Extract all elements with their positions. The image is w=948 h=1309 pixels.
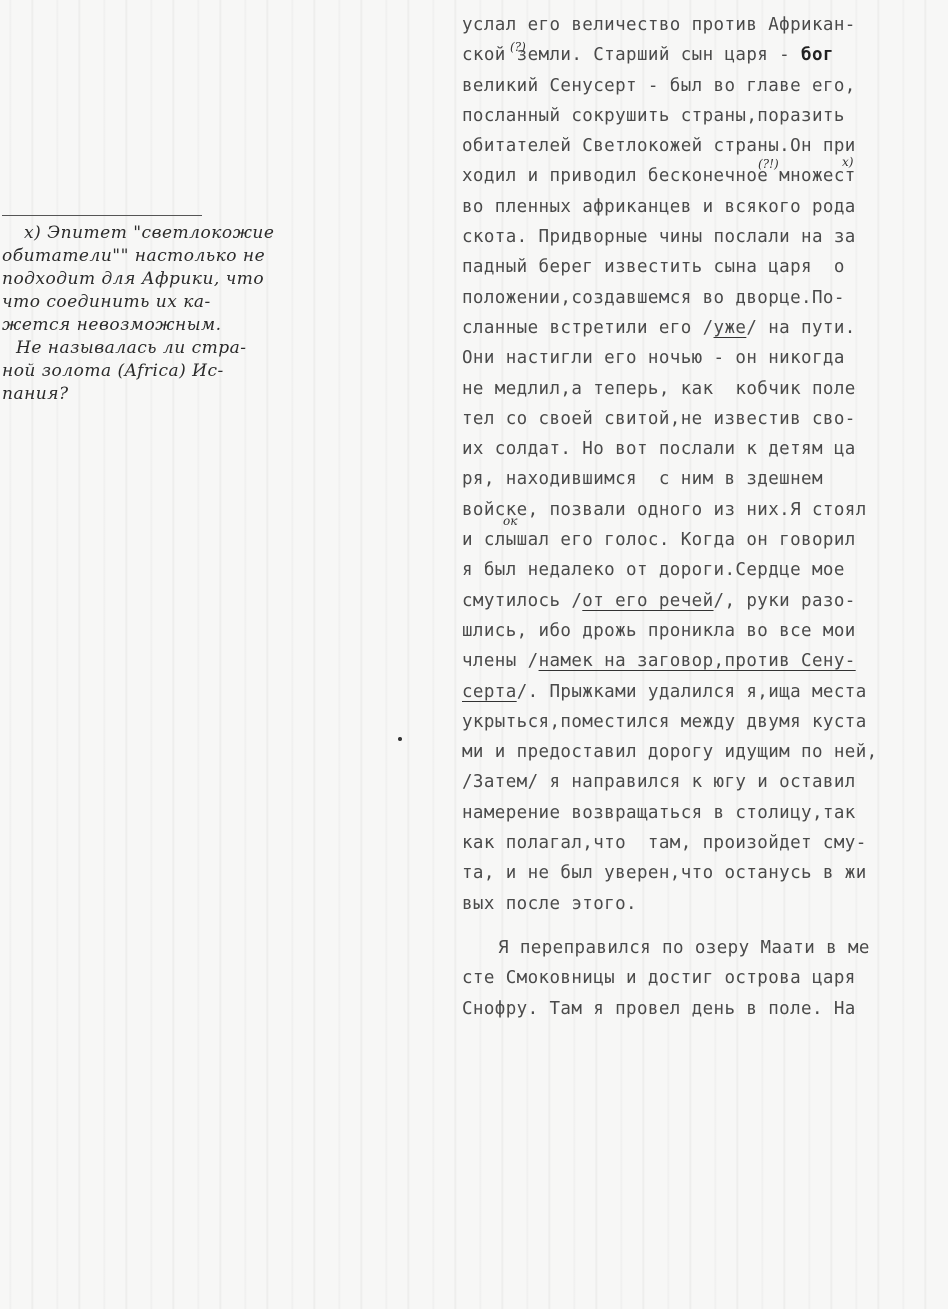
stray-ink-dot: [398, 737, 402, 741]
text-line: обитателей Светлокожей страны.Он при: [462, 131, 948, 161]
footnote-line: пания?: [2, 383, 382, 406]
footnote-divider: [2, 215, 202, 216]
bold-word: бог: [801, 45, 834, 65]
text-line: сте Смоковницы и достиг острова царя: [462, 963, 948, 993]
text-line: Они настигли его ночью - он никогда: [462, 343, 948, 373]
text-line: посланный сокрушить страны,поразить: [462, 101, 948, 131]
footnote-line: x) Эпитет "светлокожие: [2, 222, 382, 245]
text-segment: сланные встретили его /: [462, 318, 714, 338]
text-line: Я переправился по озеру Маати в ме: [462, 933, 948, 963]
text-line: серта/. Прыжками удалился я,ища места: [462, 677, 948, 707]
text-line: Снофру. Там я провел день в поле. На: [462, 994, 948, 1024]
text-line: члены /намек на заговор,против Сену-: [462, 646, 948, 676]
footnote-line: обитатели"" настолько не: [2, 245, 382, 268]
text-line: великий Сенусерт - был во главе его,: [462, 71, 948, 101]
text-line: положении,создавшемся во дворце.По-: [462, 283, 948, 313]
footnote-line: ной золота (Africa) Ис-: [2, 360, 382, 383]
text-line: скота. Придворные чины послали на за: [462, 222, 948, 252]
footnote-line: подходит для Африки, что: [2, 268, 382, 291]
text-line: ходил и приводил бесконечное множест: [462, 161, 948, 191]
text-line: не медлил,а теперь, как кобчик поле: [462, 374, 948, 404]
text-line: та, и не был уверен,что останусь в жи: [462, 858, 948, 888]
text-line: ря, находившимся с ним в здешнем: [462, 464, 948, 494]
underlined-word: уже: [714, 318, 747, 338]
text-segment: смутилось /: [462, 591, 582, 611]
text-line: как полагал,что там, произойдет сму-: [462, 828, 948, 858]
text-segment: члены /: [462, 651, 539, 671]
typed-text-column: услал его величество против Африкан- ско…: [462, 10, 948, 1024]
handwritten-footnote: x) Эпитет "светлокожие обитатели"" насто…: [2, 222, 382, 406]
text-line: укрыться,поместился между двумя куста: [462, 707, 948, 737]
footnote-line: жется невозможным.: [2, 314, 382, 337]
footnote-line: Не называлась ли стра-: [2, 337, 382, 360]
text-line: и слышал его голос. Когда он говорил: [462, 525, 948, 555]
text-line: войске, позвали одного из них.Я стоял: [462, 495, 948, 525]
underlined-phrase: от его речей: [582, 591, 713, 611]
text-line: сланные встретили его /уже/ на пути.: [462, 313, 948, 343]
text-line: во пленных африканцев и всякого рода: [462, 192, 948, 222]
text-line: вых после этого.: [462, 889, 948, 919]
text-line: намерение возвращаться в столицу,так: [462, 798, 948, 828]
text-line: /Затем/ я направился к югу и оставил: [462, 767, 948, 797]
text-line: их солдат. Но вот послали к детям ца: [462, 434, 948, 464]
text-line: я был недалеко от дороги.Сердце мое: [462, 555, 948, 585]
footnote-line: что соединить их ка-: [2, 291, 382, 314]
text-line: тел со своей свитой,не известив сво-: [462, 404, 948, 434]
text-line-start: ской земли. Старший сын царя -: [462, 45, 801, 65]
paragraph-gap: [462, 919, 948, 933]
text-line: ской земли. Старший сын царя - бог: [462, 40, 948, 70]
underlined-word: серта: [462, 682, 517, 702]
text-segment: /. Прыжками удалился я,ища места: [517, 682, 867, 702]
text-line: падный берег известить сына царя о: [462, 252, 948, 282]
text-line: смутилось /от его речей/, руки разо-: [462, 586, 948, 616]
text-segment: /, руки разо-: [714, 591, 856, 611]
text-line: шлись, ибо дрожь проникла во все мои: [462, 616, 948, 646]
text-line: услал его величество против Африкан-: [462, 10, 948, 40]
text-segment: / на пути.: [746, 318, 855, 338]
underlined-phrase: намек на заговор,против Сену-: [539, 651, 856, 671]
text-line: ми и предоставил дорогу идущим по ней,: [462, 737, 948, 767]
document-page: x) Эпитет "светлокожие обитатели"" насто…: [0, 0, 948, 1309]
